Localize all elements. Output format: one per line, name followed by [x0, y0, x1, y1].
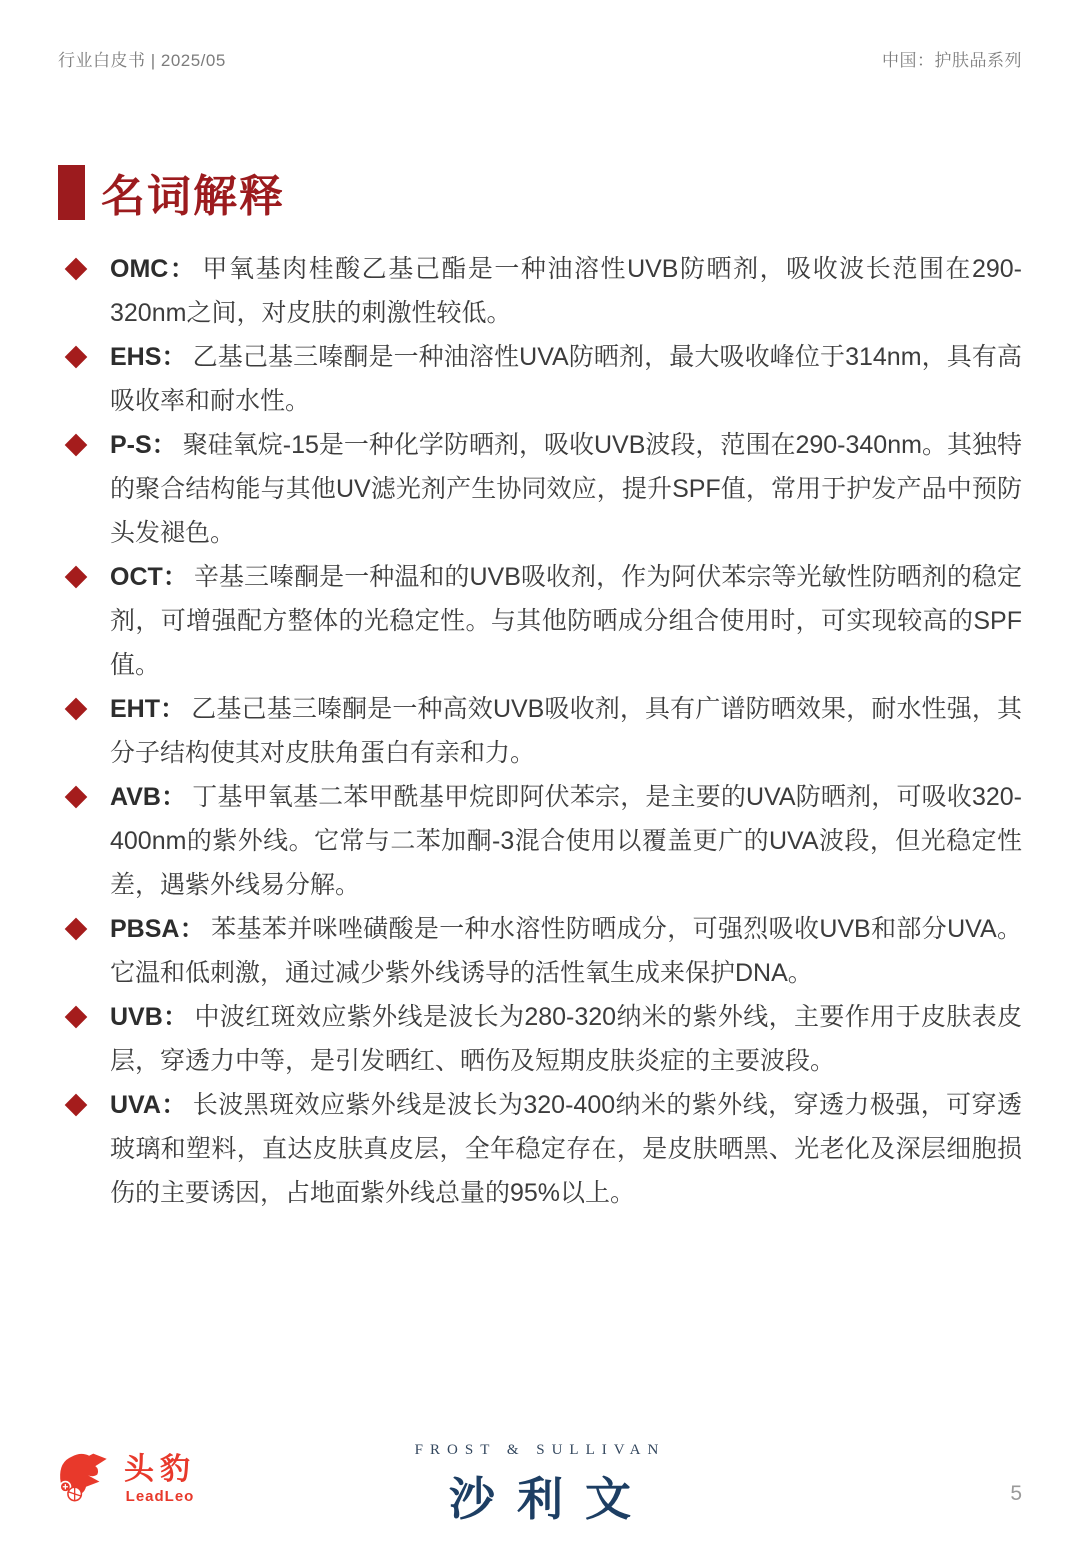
page-number: 5	[1010, 1482, 1022, 1506]
glossary-term: OMC：	[110, 255, 196, 283]
glossary-definition: 苯基苯并咪唑磺酸是一种水溶性防晒成分，可强烈吸收UVB和部分UVA。它温和低刺激…	[110, 915, 1022, 987]
glossary-item: OCT：辛基三嗪酮是一种温和的UVB吸收剂，作为阿伏苯宗等光敏性防晒剂的稳定剂，…	[58, 555, 1022, 687]
diamond-bullet-icon	[65, 566, 88, 589]
glossary-definition: 乙基己基三嗪酮是一种高效UVB吸收剂，具有广谱防晒效果，耐水性强，其分子结构使其…	[110, 695, 1022, 767]
glossary-definition: 辛基三嗪酮是一种温和的UVB吸收剂，作为阿伏苯宗等光敏性防晒剂的稳定剂，可增强配…	[110, 563, 1022, 679]
diamond-bullet-icon	[65, 1094, 88, 1117]
glossary-item: UVB：中波红斑效应紫外线是波长为280-320纳米的紫外线，主要作用于皮肤表皮…	[58, 995, 1022, 1083]
glossary-definition: 丁基甲氧基二苯甲酰基甲烷即阿伏苯宗，是主要的UVA防晒剂，可吸收320-400n…	[110, 783, 1022, 899]
glossary-definition: 乙基己基三嗪酮是一种油溶性UVA防晒剂，最大吸收峰位于314nm，具有高吸收率和…	[110, 343, 1022, 415]
glossary-definition: 中波红斑效应紫外线是波长为280-320纳米的紫外线，主要作用于皮肤表皮层，穿透…	[110, 1003, 1022, 1075]
glossary-term: AVB：	[110, 783, 186, 811]
glossary-term: EHS：	[110, 343, 187, 371]
diamond-bullet-icon	[65, 258, 88, 281]
glossary-item: OMC：甲氧基肉桂酸乙基己酯是一种油溶性UVB防晒剂，吸收波长范围在290-32…	[58, 247, 1022, 335]
glossary-item: P-S：聚硅氧烷-15是一种化学防晒剂，吸收UVB波段，范围在290-340nm…	[58, 423, 1022, 555]
title-accent-bar	[58, 165, 85, 220]
diamond-bullet-icon	[65, 918, 88, 941]
diamond-bullet-icon	[65, 698, 88, 721]
diamond-bullet-icon	[65, 786, 88, 809]
glossary-item: PBSA：苯基苯并咪唑磺酸是一种水溶性防晒成分，可强烈吸收UVB和部分UVA。它…	[58, 907, 1022, 995]
frost-cn-label: 沙利文	[0, 1463, 1080, 1529]
glossary-definition: 甲氧基肉桂酸乙基己酯是一种油溶性UVB防晒剂，吸收波长范围在290-320nm之…	[110, 255, 1022, 327]
diamond-bullet-icon	[65, 434, 88, 457]
header-right-label: 中国：护肤品系列	[882, 46, 1022, 71]
glossary-term: P-S：	[110, 431, 177, 459]
glossary-term: PBSA：	[110, 915, 205, 943]
glossary-item: AVB：丁基甲氧基二苯甲酰基甲烷即阿伏苯宗，是主要的UVA防晒剂，可吸收320-…	[58, 775, 1022, 907]
diamond-bullet-icon	[65, 1006, 88, 1029]
frost-en-label: FROST & SULLIVAN	[0, 1442, 1080, 1459]
glossary-item: EHT：乙基己基三嗪酮是一种高效UVB吸收剂，具有广谱防晒效果，耐水性强，其分子…	[58, 687, 1022, 775]
glossary-definition: 长波黑斑效应紫外线是波长为320-400纳米的紫外线，穿透力极强，可穿透玻璃和塑…	[110, 1091, 1022, 1207]
diamond-bullet-icon	[65, 346, 88, 369]
glossary-definition: 聚硅氧烷-15是一种化学防晒剂，吸收UVB波段，范围在290-340nm。其独特…	[110, 431, 1022, 547]
page-header: 行业白皮书 | 2025/05 中国：护肤品系列	[58, 46, 1022, 71]
glossary-item: UVA：长波黑斑效应紫外线是波长为320-400纳米的紫外线，穿透力极强，可穿透…	[58, 1083, 1022, 1215]
page-title: 名词解释	[101, 160, 285, 224]
glossary-item: EHS：乙基己基三嗪酮是一种油溶性UVA防晒剂，最大吸收峰位于314nm，具有高…	[58, 335, 1022, 423]
glossary-list: OMC：甲氧基肉桂酸乙基己酯是一种油溶性UVB防晒剂，吸收波长范围在290-32…	[58, 247, 1022, 1215]
frost-sullivan-logo: FROST & SULLIVAN 沙利文	[0, 1442, 1080, 1529]
glossary-term: EHT：	[110, 695, 185, 723]
header-left-label: 行业白皮书 | 2025/05	[58, 46, 226, 71]
glossary-term: OCT：	[110, 563, 188, 591]
glossary-term: UVA：	[110, 1091, 187, 1119]
glossary-term: UVB：	[110, 1003, 189, 1031]
section-title-row: 名词解释	[58, 160, 285, 224]
